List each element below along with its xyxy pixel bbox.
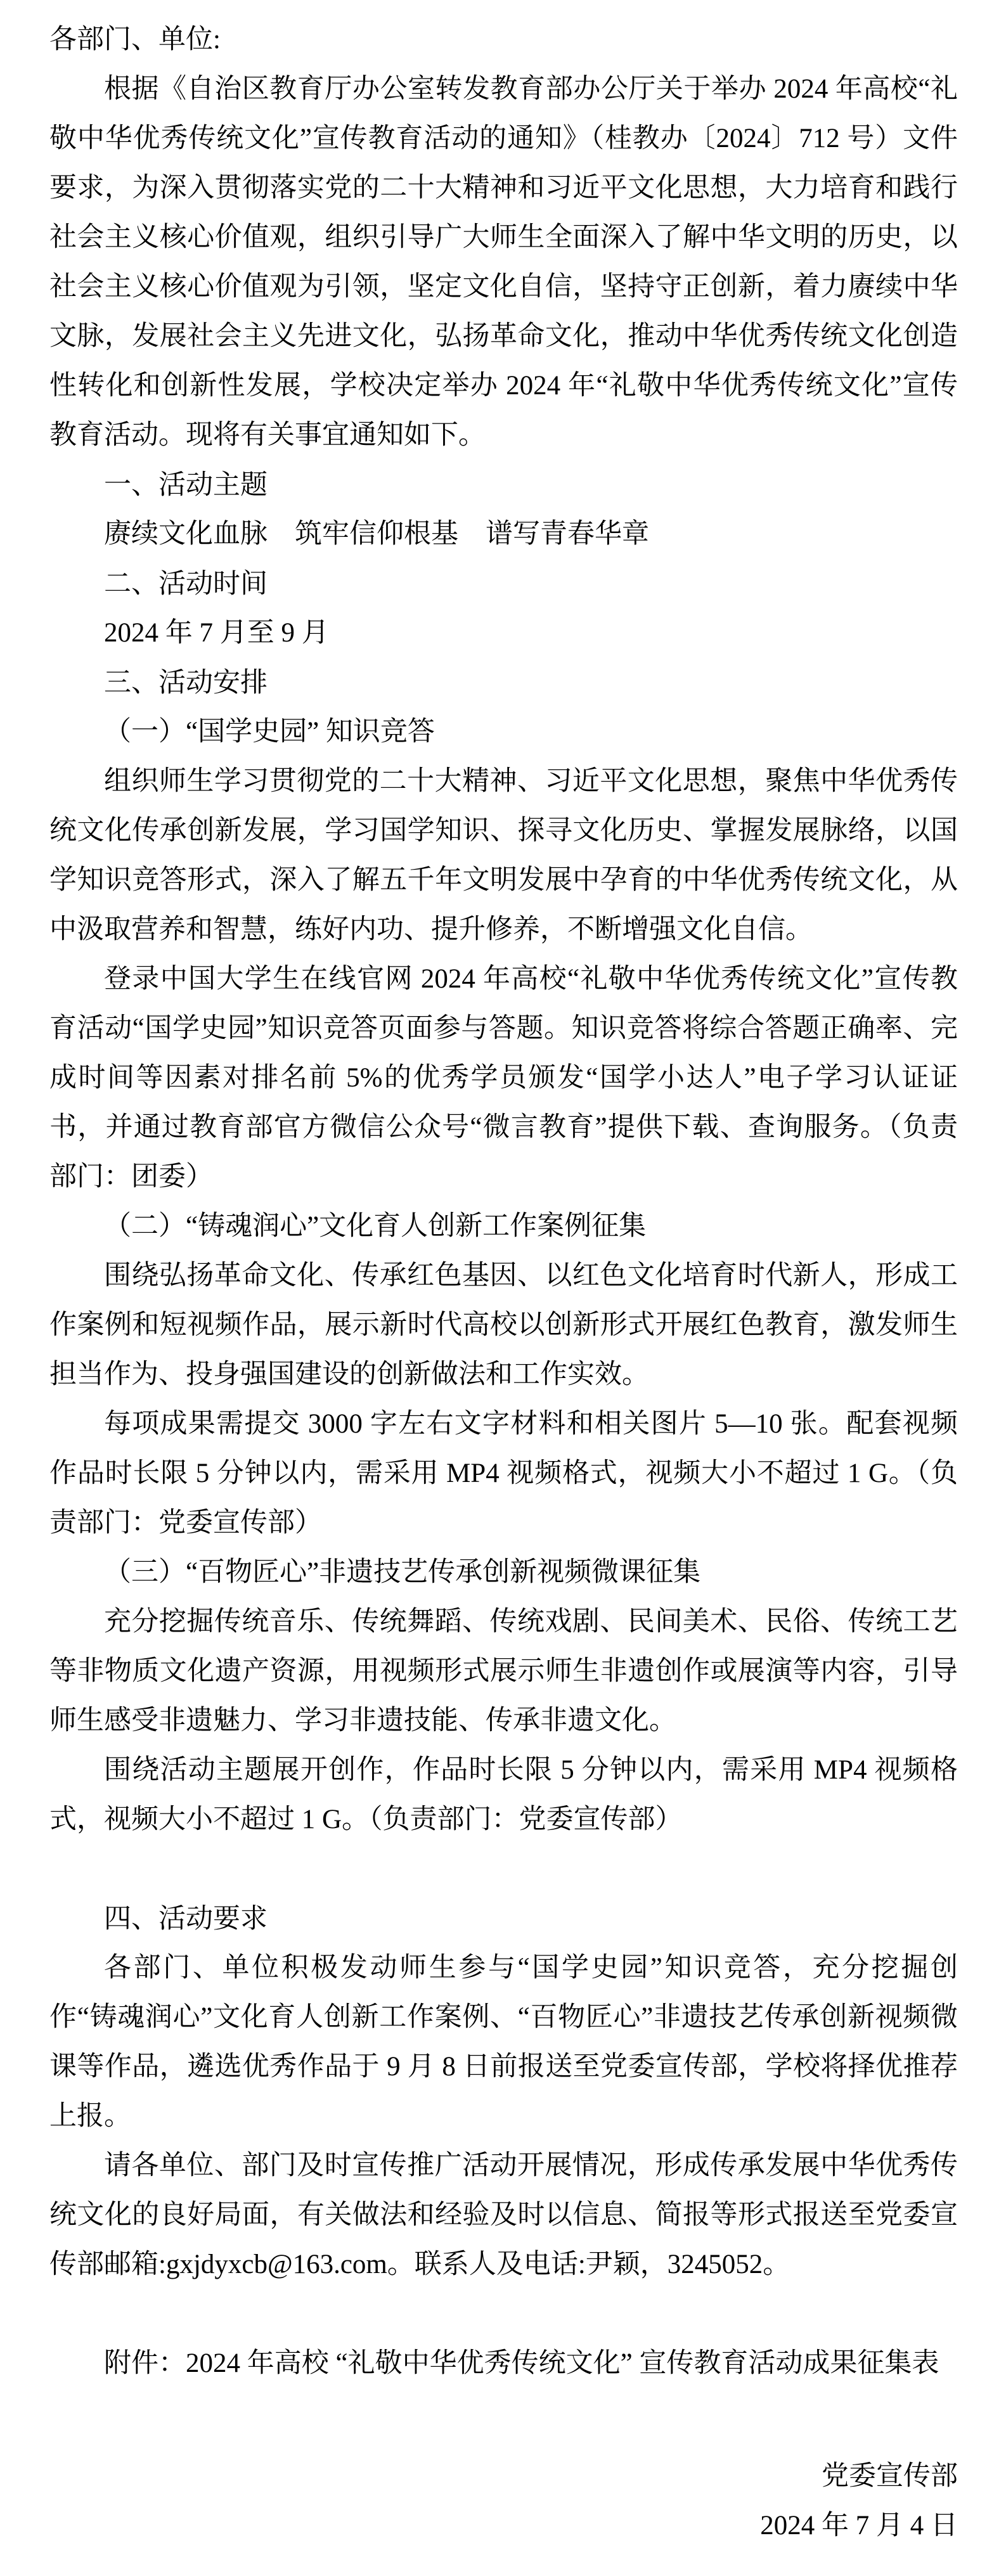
requirements-para2: 请各单位、部门及时宣传推广活动开展情况，形成传承发展中华优秀传统文化的良好局面，…: [49, 2141, 958, 2289]
arrangement-item1-heading: （一）“国学史园” 知识竞答: [49, 707, 958, 757]
blank-line-1: [49, 1845, 958, 1894]
arrangement-item3-para1: 充分挖掘传统音乐、传统舞蹈、传统戏剧、民间美术、民俗、传统工艺等非物质文化遗产资…: [49, 1597, 958, 1746]
section-time-body: 2024 年 7 月至 9 月: [49, 609, 958, 658]
blank-line-2: [49, 2289, 958, 2339]
attachment-line: 附件：2024 年高校 “礼敬中华优秀传统文化” 宣传教育活动成果征集表: [49, 2339, 958, 2388]
section-time-heading: 二、活动时间: [49, 559, 958, 609]
section-arrangements-heading: 三、活动安排: [49, 658, 958, 707]
arrangement-item1-para1: 组织师生学习贯彻党的二十大精神、习近平文化思想，聚焦中华优秀传统文化传承创新发展…: [49, 757, 958, 955]
section-requirements-heading: 四、活动要求: [49, 1894, 958, 1943]
signature-department: 党委宣传部: [49, 2452, 958, 2501]
notice-document: 各部门、单位: 根据《自治区教育厅办公室转发教育部办公厅关于举办 2024 年高…: [0, 0, 1006, 2576]
section-theme-heading: 一、活动主题: [49, 460, 958, 510]
blank-line-3: [49, 2388, 958, 2452]
intro-paragraph: 根据《自治区教育厅办公室转发教育部办公厅关于举办 2024 年高校“礼敬中华优秀…: [49, 65, 958, 460]
requirements-para1: 各部门、单位积极发动师生参与“国学史园”知识竞答，充分挖掘创作“铸魂润心”文化育…: [49, 1943, 958, 2141]
arrangement-item3-heading: （三）“百物匠心”非遗技艺传承创新视频微课征集: [49, 1548, 958, 1597]
salutation: 各部门、单位:: [49, 15, 958, 65]
signature-date: 2024 年 7 月 4 日: [49, 2501, 958, 2551]
arrangement-item2-heading: （二）“铸魂润心”文化育人创新工作案例征集: [49, 1202, 958, 1251]
arrangement-item2-para1: 围绕弘扬革命文化、传承红色基因、以红色文化培育时代新人，形成工作案例和短视频作品…: [49, 1251, 958, 1400]
arrangement-item2-para2: 每项成果需提交 3000 字左右文字材料和相关图片 5—10 张。配套视频作品时…: [49, 1400, 958, 1548]
arrangement-item1-para2: 登录中国大学生在线官网 2024 年高校“礼敬中华优秀传统文化”宣传教育活动“国…: [49, 955, 958, 1202]
arrangement-item3-para2: 围绕活动主题展开创作，作品时长限 5 分钟以内，需采用 MP4 视频格式，视频大…: [49, 1746, 958, 1845]
section-theme-body: 赓续文化血脉 筑牢信仰根基 谱写青春华章: [49, 510, 958, 559]
